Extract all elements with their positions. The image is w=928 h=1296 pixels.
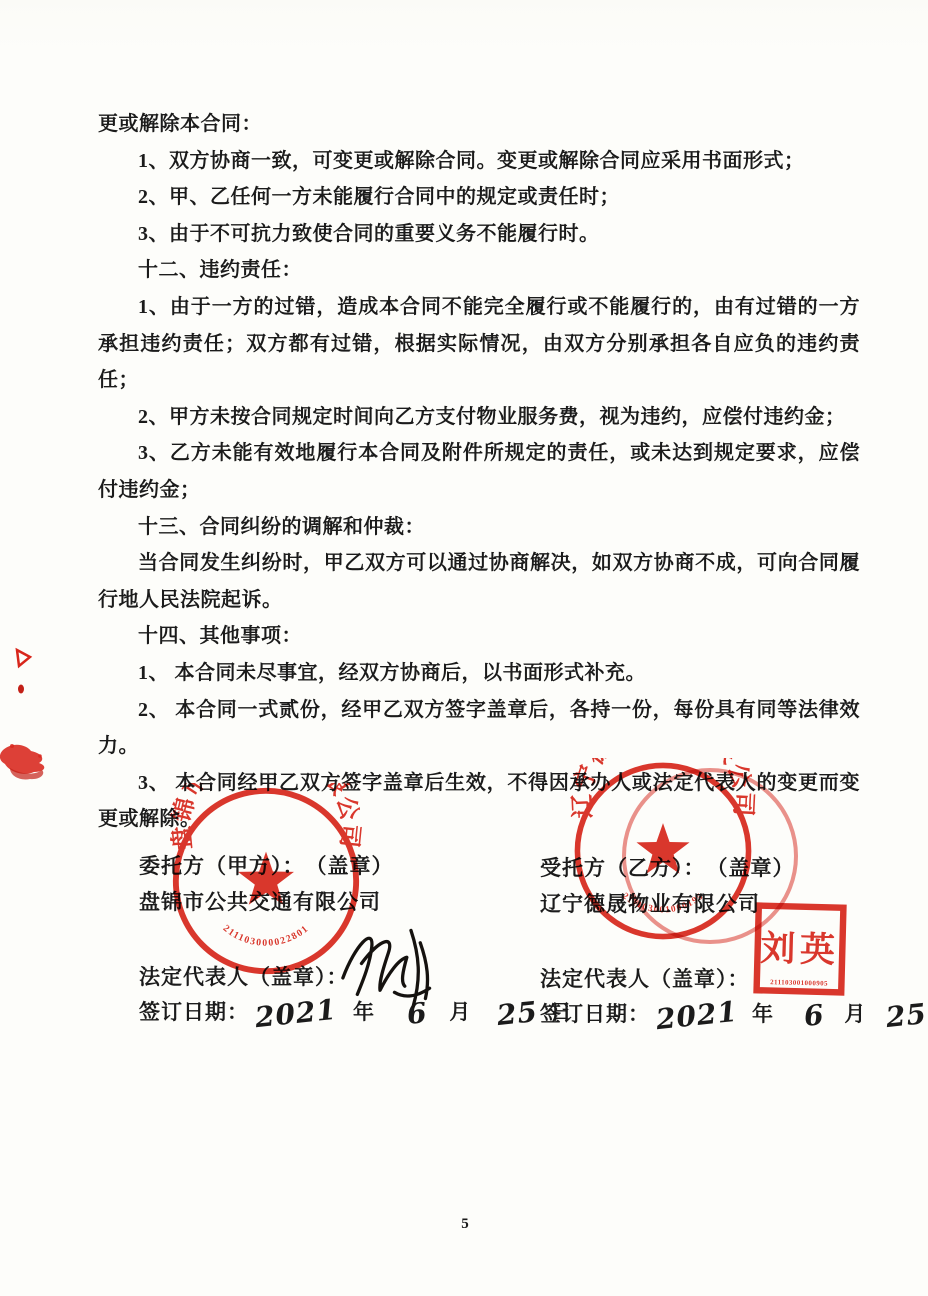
legal-rep-name-seal: 刘英 211103001000905 xyxy=(752,902,848,996)
party-b-date-label: 签订日期： xyxy=(540,998,650,1028)
red-triangle-mark xyxy=(17,650,30,666)
party-b-company-seal: 辽宁德晟物业有限公司 211103001000195 xyxy=(570,758,756,944)
party-a-date-label: 签订日期： xyxy=(139,996,249,1026)
name-seal-serial-number: 211103001000905 xyxy=(770,979,828,988)
contract-paragraph: 当合同发生纠纷时，甲乙双方可以通过协商解决，如双方协商不成，可向合同履行地人民法… xyxy=(98,545,860,618)
party-b-date-month-unit: 月 xyxy=(844,998,866,1028)
party-b-legal-rep-label: 法定代表人（盖章）： xyxy=(540,963,750,993)
seal-serial-number: 211103001000195 xyxy=(620,891,706,915)
red-dot-mark xyxy=(18,685,24,694)
name-seal-name-text: 刘英 xyxy=(760,929,840,970)
seal-serial-number: 211103000022801 xyxy=(221,923,312,949)
party-a-legal-rep-signature xyxy=(315,916,443,1014)
party-a-date-month-unit: 月 xyxy=(449,996,471,1026)
contract-paragraph: 2、甲方未按合同规定时间向乙方支付物业服务费，视为违约，应偿付违约金； xyxy=(98,399,860,436)
party-b-date-year-unit: 年 xyxy=(752,998,774,1028)
party-b-date-line: 签订日期： 2021 年 6 月 25 日 xyxy=(540,998,928,1028)
party-b-date-month-handwritten: 6 xyxy=(803,1003,826,1029)
contract-paragraph: 1、双方协商一致，可变更或解除合同。变更或解除合同应采用书面形式； xyxy=(98,143,860,180)
page-number: 5 xyxy=(450,1216,480,1233)
contract-clause-heading: 十三、合同纠纷的调解和仲裁： xyxy=(98,509,860,546)
contract-clause-heading: 十四、其他事项： xyxy=(98,618,860,655)
contract-body: 更或解除本合同： 1、双方协商一致，可变更或解除合同。变更或解除合同应采用书面形… xyxy=(98,106,860,838)
red-smudge-mark xyxy=(0,744,44,779)
contract-paragraph: 3、由于不可抗力致使合同的重要义务不能履行时。 xyxy=(98,216,860,253)
contract-paragraph: 3、乙方未能有效地履行本合同及附件所规定的责任，或未达到规定要求，应偿付违约金； xyxy=(98,435,860,508)
contract-paragraph: 1、 本合同未尽事宜，经双方协商后，以书面形式补充。 xyxy=(98,655,860,692)
contract-paragraph: 2、甲、乙任何一方未能履行合同中的规定或责任时； xyxy=(98,179,860,216)
party-b-date-year-handwritten: 2021 xyxy=(655,1000,739,1032)
contract-paragraph: 2、 本合同一式贰份，经甲乙双方签字盖章后，各持一份，每份具有同等法律效力。 xyxy=(98,692,860,765)
seal-star-icon xyxy=(238,852,294,905)
scanned-contract-page: 更或解除本合同： 1、双方协商一致，可变更或解除合同。变更或解除合同应采用书面形… xyxy=(0,0,928,1296)
contract-paragraph: 更或解除本合同： xyxy=(98,106,860,143)
party-b-date-day-handwritten: 25 xyxy=(885,1002,928,1030)
red-ink-edge-marks xyxy=(0,600,52,820)
contract-clause-heading: 十二、违约责任： xyxy=(98,252,860,289)
party-a-date-day-handwritten: 25 xyxy=(496,1000,539,1028)
contract-paragraph: 1、由于一方的过错，造成本合同不能完全履行或不能履行的，由有过错的一方承担违约责… xyxy=(98,289,860,399)
seal-star-icon xyxy=(636,823,689,873)
